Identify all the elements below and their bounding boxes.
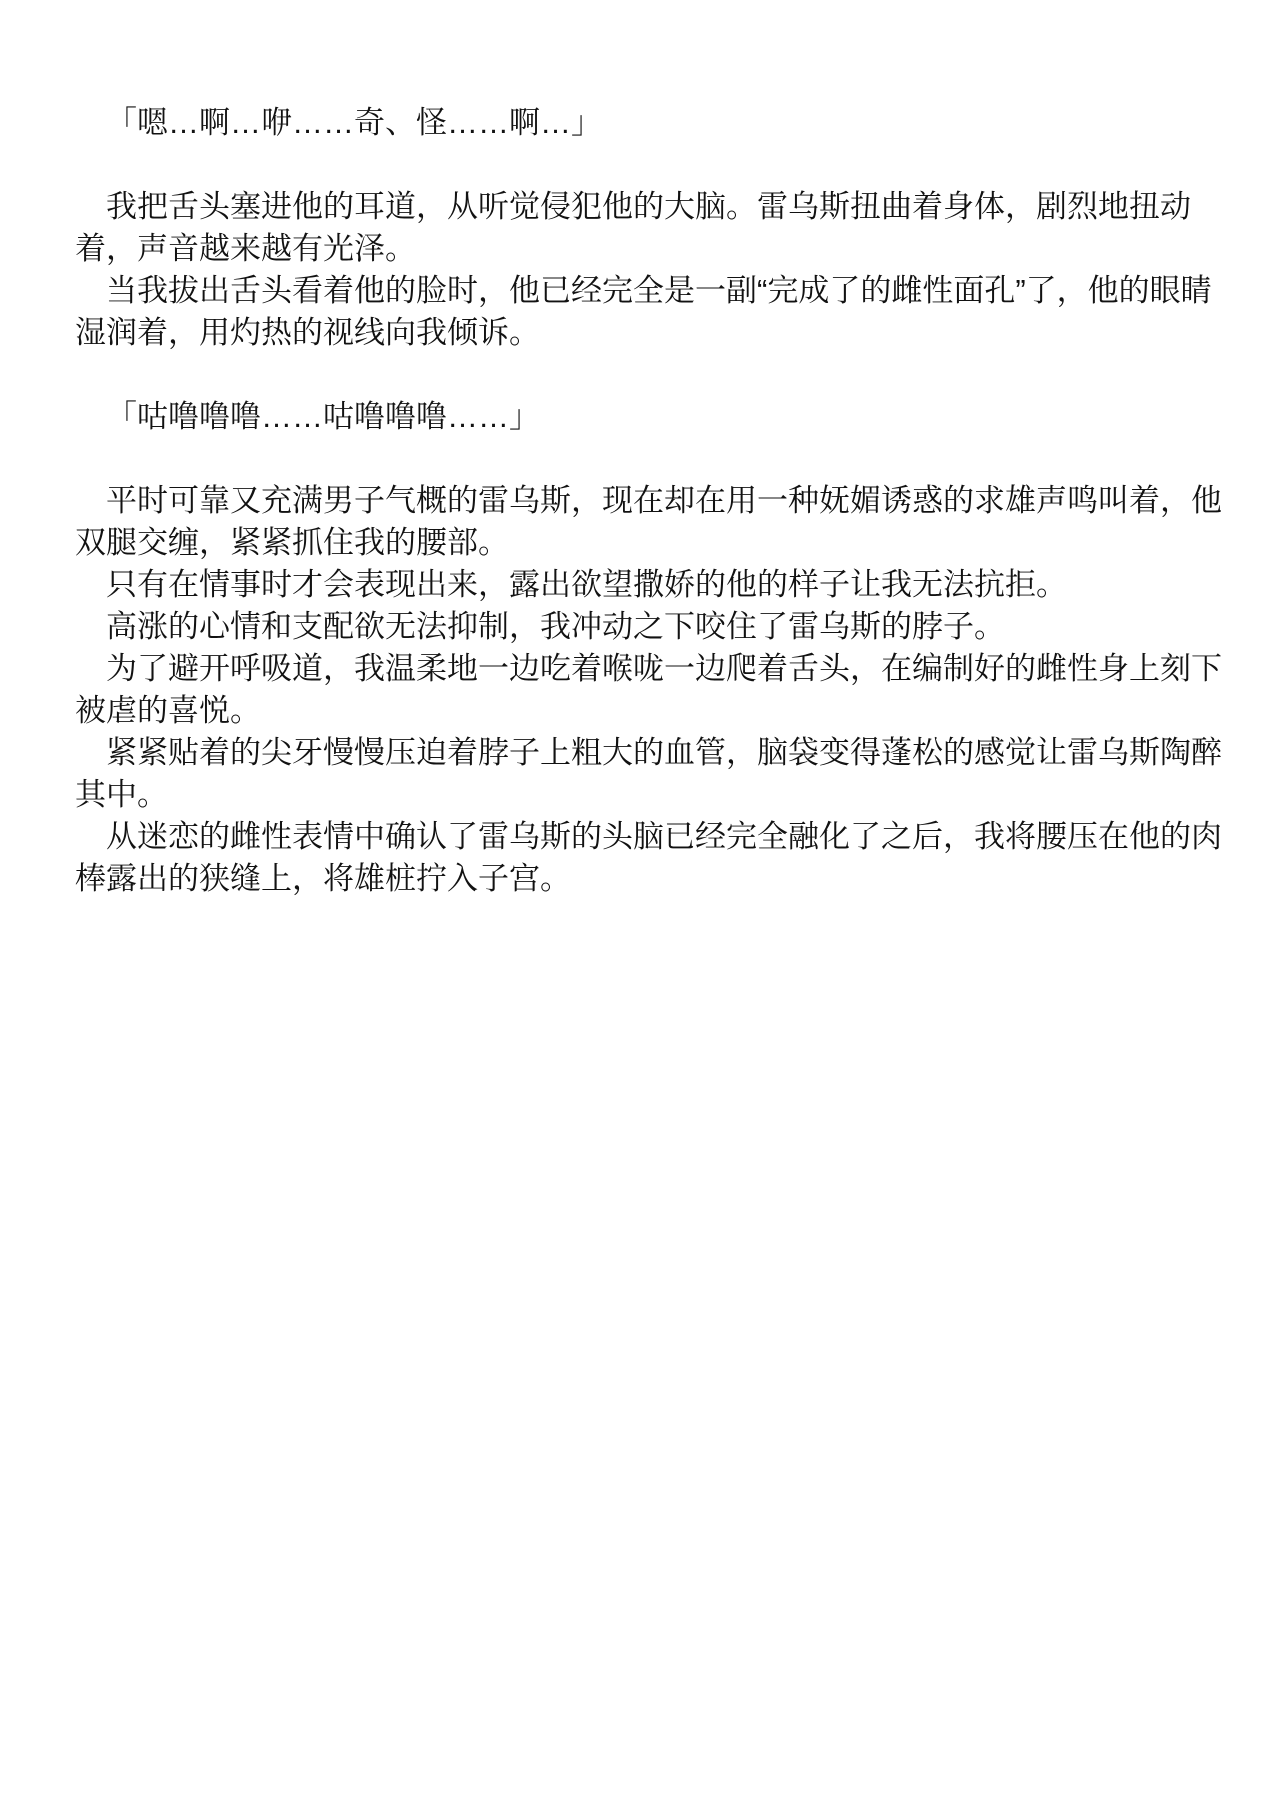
paragraph-narration: 只有在情事时才会表现出来，露出欲望撒娇的他的样子让我无法抗拒。 <box>75 564 1222 606</box>
paragraph-narration: 从迷恋的雌性表情中确认了雷乌斯的头脑已经完全融化了之后，我将腰压在他的肉棒露出的… <box>75 816 1222 900</box>
paragraph-dialogue: 「咕噜噜噜……咕噜噜噜……」 <box>75 396 1222 438</box>
document-page: 「嗯…啊…咿……奇、怪……啊…」 我把舌头塞进他的耳道，从听觉侵犯他的大脑。雷乌… <box>0 0 1280 1810</box>
text-block: 「嗯…啊…咿……奇、怪……啊…」 我把舌头塞进他的耳道，从听觉侵犯他的大脑。雷乌… <box>75 102 1222 900</box>
paragraph-narration: 平时可靠又充满男子气概的雷乌斯，现在却在用一种妩媚诱惑的求雄声鸣叫着，他双腿交缠… <box>75 480 1222 564</box>
paragraph-narration: 为了避开呼吸道，我温柔地一边吃着喉咙一边爬着舌头，在编制好的雌性身上刻下被虐的喜… <box>75 648 1222 732</box>
paragraph-dialogue: 「嗯…啊…咿……奇、怪……啊…」 <box>75 102 1222 144</box>
paragraph-narration: 我把舌头塞进他的耳道，从听觉侵犯他的大脑。雷乌斯扭曲着身体，剧烈地扭动着，声音越… <box>75 186 1222 270</box>
paragraph-narration: 当我拔出舌头看着他的脸时，他已经完全是一副“完成了的雌性面孔”了，他的眼睛湿润着… <box>75 270 1222 354</box>
paragraph-narration: 高涨的心情和支配欲无法抑制，我冲动之下咬住了雷乌斯的脖子。 <box>75 606 1222 648</box>
paragraph-narration: 紧紧贴着的尖牙慢慢压迫着脖子上粗大的血管，脑袋变得蓬松的感觉让雷乌斯陶醉其中。 <box>75 732 1222 816</box>
